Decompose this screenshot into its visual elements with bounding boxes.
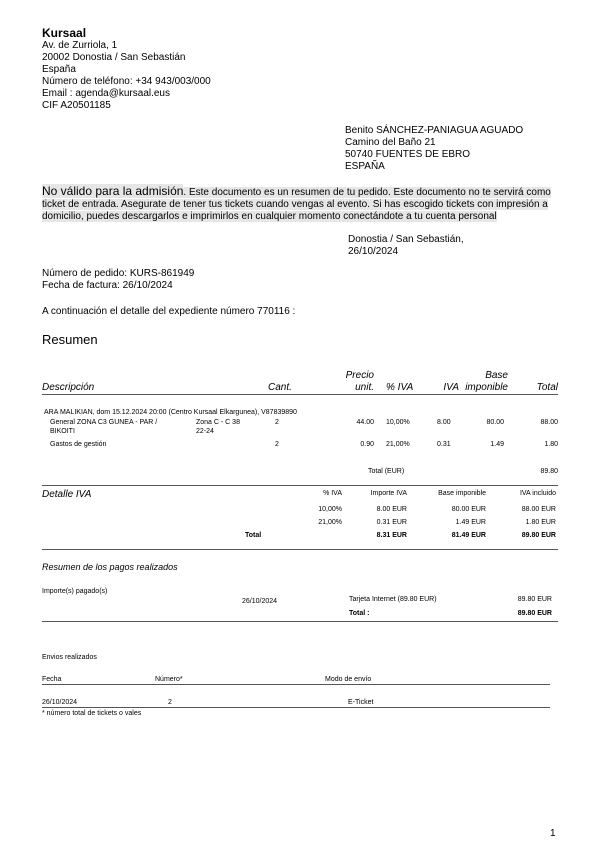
recipient-address: Benito SÁNCHEZ-PANIAGUA AGUADO Camino de… — [345, 125, 523, 173]
vat-header-base: Base imponible — [420, 489, 486, 498]
payment-total-value: 89.80 EUR — [496, 609, 552, 618]
sender-address: Av. de Zurriola, 1 20002 Donostia / San … — [42, 40, 211, 112]
notice-line: domicilio, puedes descargarlos e imprimi… — [42, 211, 497, 222]
vat-header-pct: % IVA — [300, 489, 342, 498]
summary-total-label: Total (EUR) — [368, 467, 404, 476]
summary-title: Resumen — [42, 332, 98, 347]
vat-row-2-included: 1.80 EUR — [496, 518, 556, 527]
header-divider — [42, 394, 558, 395]
notice-line: . Este documento es un resumen de tu ped… — [183, 187, 550, 198]
table-row-1-desc: General ZONA C3 GUNEA - PAR / BIKOITI — [50, 418, 157, 436]
payment-date: 26/10/2024 — [242, 597, 277, 606]
vat-row-1-amount: 8.00 EUR — [350, 505, 407, 514]
file-detail: A continuación el detalle del expediente… — [42, 306, 295, 318]
place: Donostia / San Sebastián, — [348, 234, 464, 246]
shipment-date: 26/10/2024 — [42, 698, 77, 707]
header-qty: Cant. — [268, 382, 292, 394]
row-1-total: 88.00 — [514, 418, 558, 427]
row-2-qty: 2 — [275, 440, 279, 449]
admission-notice: No válido para la admisión. Este documen… — [42, 185, 562, 223]
vat-row-2-amount: 0.31 EUR — [350, 518, 407, 527]
order-number: Número de pedido: KURS-861949 — [42, 268, 194, 280]
sender-name: Kursaal — [42, 26, 86, 40]
vat-header-amount: Importe IVA — [350, 489, 407, 498]
shipments-header-divider — [42, 684, 550, 685]
row-1-vat-pct: 10,00% — [386, 418, 410, 427]
header-base: Base imponible — [450, 370, 508, 394]
shipments-divider — [42, 621, 558, 622]
vat-total-label: Total — [245, 531, 261, 540]
header-price: Precio unit. — [320, 370, 374, 394]
sender-line: Av. de Zurriola, 1 — [42, 40, 211, 52]
shipment-mode: E-Ticket — [348, 698, 373, 707]
row-2-vat-pct: 21,00% — [386, 440, 410, 449]
sender-line: España — [42, 64, 211, 76]
vat-row-1-included: 88.00 EUR — [496, 505, 556, 514]
header-base-bottom: imponible — [450, 382, 508, 394]
shipments-header-number: Número* — [155, 675, 183, 684]
payments-divider — [42, 549, 558, 550]
shipments-header-mode: Modo de envío — [325, 675, 371, 684]
header-vat-pct: % IVA — [386, 382, 413, 394]
shipments-header-date: Fecha — [42, 675, 61, 684]
sender-phone: Número de teléfono: +34 943/003/000 — [42, 76, 211, 88]
invoice-date: Fecha de factura: 26/10/2024 — [42, 280, 194, 292]
recipient-line: ESPAÑA — [345, 161, 523, 173]
recipient-line: Camino del Baño 21 — [345, 137, 523, 149]
vat-total-amount: 8.31 EUR — [350, 531, 407, 540]
vat-divider — [42, 485, 558, 486]
row-2-vat: 0.31 — [437, 440, 451, 449]
place-date: Donostia / San Sebastián, 26/10/2024 — [348, 234, 464, 258]
payments-title: Resumen de los pagos realizados — [42, 562, 178, 572]
shipment-number: 2 — [168, 698, 172, 707]
row-1-price: 44.00 — [330, 418, 374, 427]
vat-total-base: 81.49 EUR — [420, 531, 486, 540]
sender-line: 20002 Donostia / San Sebastián — [42, 52, 211, 64]
vat-row-2-pct: 21,00% — [300, 518, 342, 527]
payment-amount: 89.80 EUR — [496, 595, 552, 604]
seat-line: 22-24 — [196, 427, 240, 436]
shipments-title: Envios realizados — [42, 653, 97, 662]
table-row-1-seat: Zona C - C 38 22-24 — [196, 418, 240, 436]
seat-line: Zona C - C 38 — [196, 418, 240, 427]
page-number: 1 — [550, 828, 556, 840]
sender-email: Email : agenda@kursaal.eus — [42, 88, 211, 100]
header-base-top: Base — [450, 370, 508, 382]
row-1-qty: 2 — [275, 418, 279, 427]
payment-total-label: Total : — [349, 609, 369, 618]
vat-row-1-pct: 10,00% — [300, 505, 342, 514]
summary-total-value: 89.80 — [514, 467, 558, 476]
recipient-name: Benito SÁNCHEZ-PANIAGUA AGUADO — [345, 125, 523, 137]
sender-cif: CIF A20501185 — [42, 100, 211, 112]
vat-row-2-base: 1.49 EUR — [420, 518, 486, 527]
vat-header-included: IVA incluido — [496, 489, 556, 498]
row-1-base: 80.00 — [460, 418, 504, 427]
vat-total-included: 89.80 EUR — [496, 531, 556, 540]
row-2-total: 1.80 — [514, 440, 558, 449]
row-2-price: 0.90 — [330, 440, 374, 449]
vat-detail-title: Detalle IVA — [42, 489, 91, 501]
vat-row-1-base: 80.00 EUR — [420, 505, 486, 514]
order-info: Número de pedido: KURS-861949 Fecha de f… — [42, 268, 194, 292]
shipments-footnote: * número total de tickets o vales — [42, 709, 141, 718]
recipient-line: 50740 FUENTES DE EBRO — [345, 149, 523, 161]
payments-label: Importe(s) pagado(s) — [42, 587, 107, 596]
header-total: Total — [520, 382, 558, 394]
payment-method: Tarjeta Internet (89.80 EUR) — [349, 595, 437, 604]
desc-line: BIKOITI — [50, 427, 157, 436]
header-description: Descripción — [42, 382, 94, 394]
notice-bold: No válido para la admisión — [42, 184, 183, 198]
event-title: ARA MALIKIAN, dom 15.12.2024 20:00 (Cent… — [44, 408, 297, 417]
row-1-vat: 8.00 — [437, 418, 451, 427]
row-2-base: 1.49 — [460, 440, 504, 449]
header-price-top: Precio — [320, 370, 374, 382]
shipments-row-divider — [42, 707, 550, 708]
table-row-2-desc: Gastos de gestión — [50, 440, 106, 449]
header-price-bottom: unit. — [320, 382, 374, 394]
desc-line: General ZONA C3 GUNEA - PAR / — [50, 418, 157, 427]
date: 26/10/2024 — [348, 246, 464, 258]
notice-line: ticket de entrada. Asegurate de tener tu… — [42, 199, 548, 210]
